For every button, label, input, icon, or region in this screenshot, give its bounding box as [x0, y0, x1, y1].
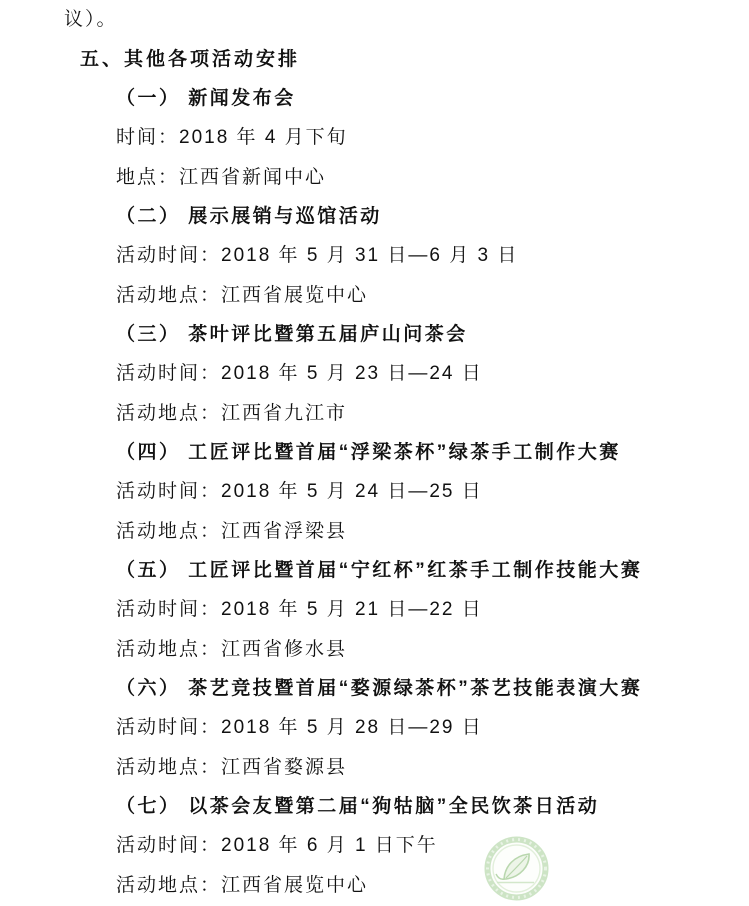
item-1-place: 地点：江西省新闻中心 [116, 157, 749, 196]
item-2-time: 活动时间：2018 年 5 月 31 日—6 月 3 日 [116, 236, 749, 275]
item-5-time: 活动时间：2018 年 5 月 21 日—22 日 [116, 590, 749, 629]
document-page: 议）。 五、其他各项活动安排 （一） 新闻发布会 时间：2018 年 4 月下旬… [0, 0, 749, 906]
item-4-time: 活动时间：2018 年 5 月 24 日—25 日 [116, 472, 749, 511]
item-4-title: （四） 工匠评比暨首届“浮梁茶杯”绿茶手工制作大赛 [116, 433, 749, 472]
item-7-time: 活动时间：2018 年 6 月 1 日下午 [116, 826, 749, 865]
item-5-place: 活动地点：江西省修水县 [116, 630, 749, 669]
item-3-time: 活动时间：2018 年 5 月 23 日—24 日 [116, 354, 749, 393]
continuation-text: 议）。 [64, 0, 749, 39]
item-6-title: （六） 茶艺竞技暨首届“婺源绿茶杯”茶艺技能表演大赛 [116, 669, 749, 708]
item-7-place: 活动地点：江西省展览中心 [116, 866, 749, 905]
item-4-place: 活动地点：江西省浮梁县 [116, 511, 749, 550]
item-1-title: （一） 新闻发布会 [116, 79, 749, 118]
item-2-place: 活动地点：江西省展览中心 [116, 275, 749, 314]
item-2-title: （二） 展示展销与巡馆活动 [116, 197, 749, 236]
item-6-place: 活动地点：江西省婺源县 [116, 748, 749, 787]
item-7-title: （七） 以茶会友暨第二届“狗牯脑”全民饮茶日活动 [116, 787, 749, 826]
item-5-title: （五） 工匠评比暨首届“宁红杯”红茶手工制作技能大赛 [116, 551, 749, 590]
item-3-place: 活动地点：江西省九江市 [116, 393, 749, 432]
item-1-time: 时间：2018 年 4 月下旬 [116, 118, 749, 157]
section-heading: 五、其他各项活动安排 [80, 39, 749, 78]
item-3-title: （三） 茶叶评比暨第五届庐山问茶会 [116, 315, 749, 354]
item-6-time: 活动时间：2018 年 5 月 28 日—29 日 [116, 708, 749, 747]
